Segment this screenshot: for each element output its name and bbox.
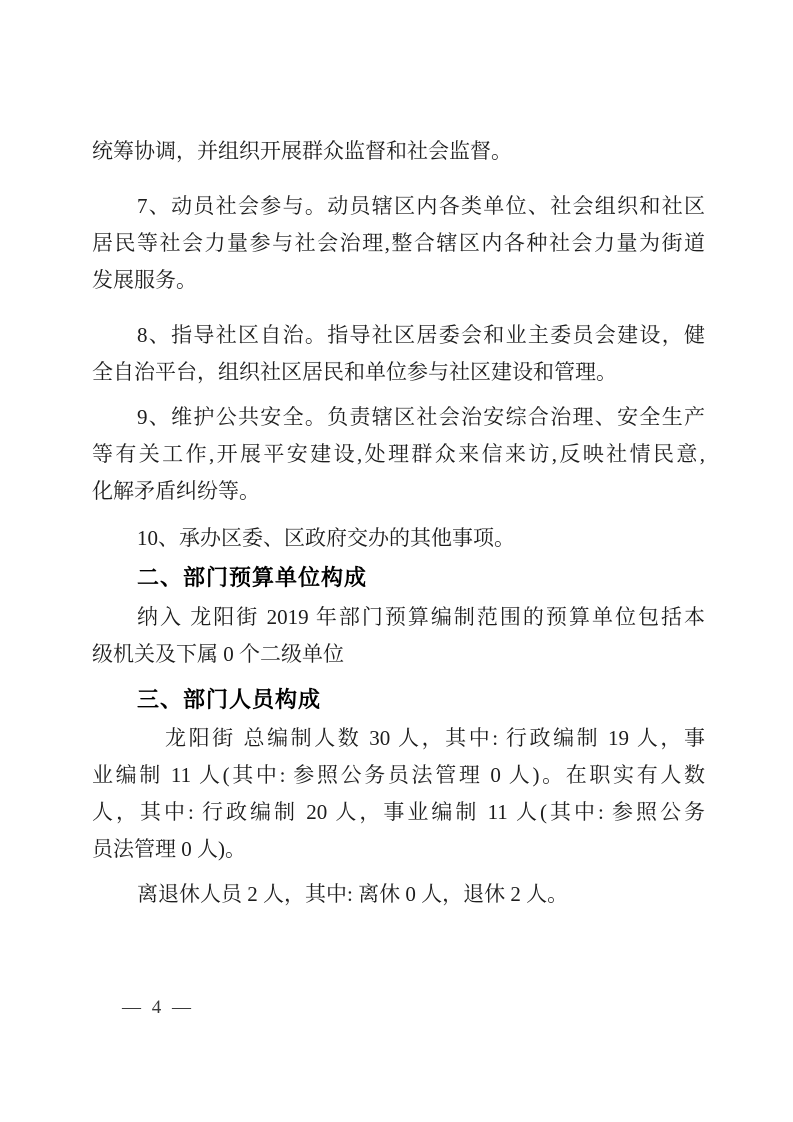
paragraph-budget-units: 纳入 龙阳街 2019 年部门预算编制范围的预算单位包括本 级机关及下属 0 个… [92,599,705,673]
body-line: 10、承办区委、区政府交办的其他事项。 [92,520,705,557]
document-body: 统筹协调，并组织开展群众监督和社会监督。 7、动员社会参与。动员辖区内各类单位、… [92,133,705,913]
body-line: 8、指导社区自治。指导社区居委会和业主委员会建设，健 [92,317,705,354]
section-heading-3: 三、部门人员构成 [92,681,705,718]
body-line: 9、维护公共安全。负责辖区社会治安综合治理、安全生产 [92,399,705,436]
body-line: 纳入 龙阳街 2019 年部门预算编制范围的预算单位包括本 [92,599,705,636]
section-heading-2: 二、部门预算单位构成 [92,559,705,596]
paragraph-retirees: 离退休人员 2 人，其中: 离休 0 人，退休 2 人。 [92,876,705,913]
body-line: 发展服务。 [92,262,705,299]
body-line: 居民等社会力量参与社会治理,整合辖区内各种社会力量为街道 [92,225,705,262]
paragraph-item-9: 9、维护公共安全。负责辖区社会治安综合治理、安全生产 等有关工作,开展平安建设,… [92,399,705,510]
page-number: — 4 — [122,997,194,1019]
paragraph-item-7: 7、动员社会参与。动员辖区内各类单位、社会组织和社区 居民等社会力量参与社会治理… [92,188,705,299]
body-line: 业编制 11 人(其中: 参照公务员法管理 0 人)。在职实有人数 [92,757,705,794]
paragraph-item-8: 8、指导社区自治。指导社区居委会和业主委员会建设，健 全自治平台，组织社区居民和… [92,317,705,391]
paragraph-continuation: 统筹协调，并组织开展群众监督和社会监督。 [92,133,705,170]
body-line: 龙阳街 总编制人数 30 人，其中: 行政编制 19 人，事 [92,720,705,757]
document-page: 统筹协调，并组织开展群众监督和社会监督。 7、动员社会参与。动员辖区内各类单位、… [0,0,793,1122]
heading-text: 三、部门人员构成 [92,681,705,718]
body-line: 统筹协调，并组织开展群众监督和社会监督。 [92,133,705,170]
heading-text: 二、部门预算单位构成 [92,559,705,596]
body-line: 全自治平台，组织社区居民和单位参与社区建设和管理。 [92,354,705,391]
body-line: 化解矛盾纠纷等。 [92,473,705,510]
body-line: 等有关工作,开展平安建设,处理群众来信来访,反映社情民意, [92,436,705,473]
body-line: 级机关及下属 0 个二级单位 [92,636,705,673]
body-line: 员法管理 0 人)。 [92,831,705,868]
paragraph-item-10: 10、承办区委、区政府交办的其他事项。 [92,520,705,557]
body-line: 7、动员社会参与。动员辖区内各类单位、社会组织和社区 [92,188,705,225]
body-line: 人，其中: 行政编制 20 人，事业编制 11 人(其中: 参照公务 [92,794,705,831]
paragraph-staffing: 龙阳街 总编制人数 30 人，其中: 行政编制 19 人，事 业编制 11 人(… [92,720,705,868]
body-line: 离退休人员 2 人，其中: 离休 0 人，退休 2 人。 [92,876,705,913]
